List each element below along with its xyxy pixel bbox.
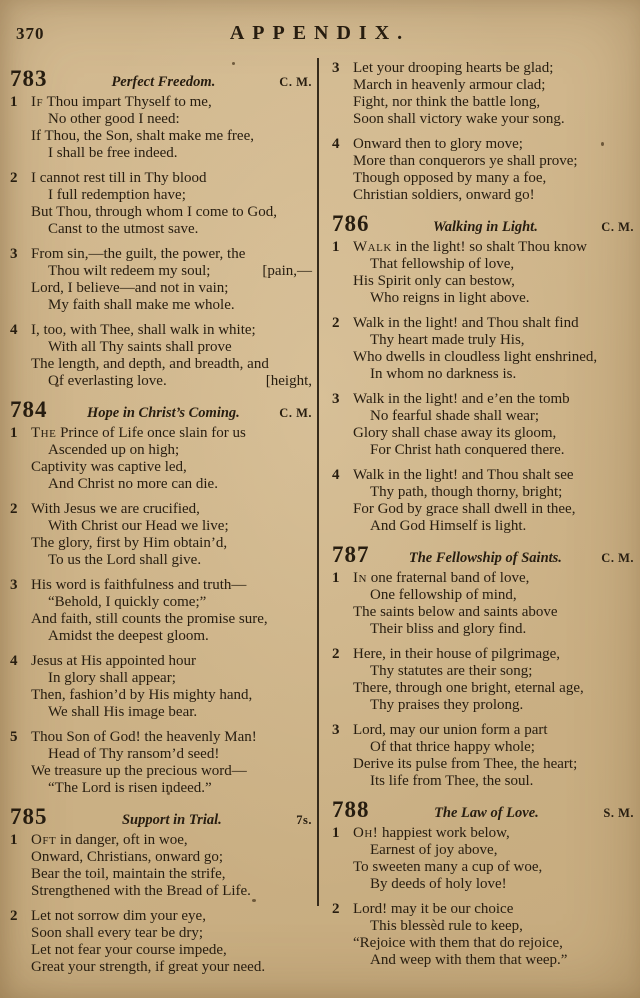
verse-lines: Lord! may it be our choiceThis blessèd r…	[353, 901, 634, 969]
verse-line: Soon shall every tear be dry;	[31, 925, 312, 942]
verse-line: Of that thrice happy whole;	[353, 739, 634, 756]
verse-line: Great your strength, if great your need.	[31, 959, 312, 976]
verse-lines: Let your drooping hearts be glad;March i…	[353, 60, 634, 128]
verse-number: 2	[10, 908, 31, 976]
verse-line: In whom no darkness is.	[353, 366, 634, 383]
smallcaps-first-word: Oft	[31, 832, 56, 848]
bracket-tail: [pain,—	[262, 263, 312, 280]
verse-line: Bear the toil, maintain the strife,	[31, 866, 312, 883]
verse-line: If Thou impart Thyself to me,	[31, 94, 312, 111]
verse-line: Strengthened with the Bread of Life.	[31, 883, 312, 900]
hymn-title: The Fellowship of Saints.	[370, 550, 602, 567]
verse-lines: In one fraternal band of love,One fellow…	[353, 570, 634, 638]
verse-line: Here, in their house of pilgrimage,	[353, 646, 634, 663]
verse: 1If Thou impart Thyself to me,No other g…	[10, 94, 312, 162]
verse-line: His word is faithfulness and truth—	[31, 577, 312, 594]
hymn-block: 786Walking in Light.C. M.1Walk in the li…	[332, 212, 634, 535]
verse-line: And Christ no more can die.	[31, 476, 312, 493]
verse-line: Let your drooping hearts be glad;	[353, 60, 634, 77]
verse-line: Christian soldiers, onward go!	[353, 187, 634, 204]
verse-lines: Oft in danger, oft in woe,Onward, Christ…	[31, 832, 312, 900]
verse-lines: I cannot rest till in Thy bloodI full re…	[31, 170, 312, 238]
verse-lines: Walk in the light! so shalt Thou knowTha…	[353, 239, 634, 307]
verse-line: We treasure up the precious word—	[31, 763, 312, 780]
verse-number: 4	[332, 467, 353, 535]
verse-line: Glory shall chase away its gloom,	[353, 425, 634, 442]
verse-number: 4	[332, 136, 353, 204]
hymn-block: 784Hope in Christ’s Coming.C. M.1The Pri…	[10, 398, 312, 797]
hymn-columns: 783Perfect Freedom.C. M.1If Thou impart …	[0, 58, 640, 984]
verse-number: 3	[332, 60, 353, 128]
hymn-meter-label: S. M.	[603, 806, 634, 821]
verse-lines: Oh! happiest work below,Earnest of joy a…	[353, 825, 634, 893]
verse-line: Walk in the light! and Thou shalt see	[353, 467, 634, 484]
verse-line: With all Thy saints shall prove	[31, 339, 312, 356]
verse-lines: Let not sorrow dim your eye,Soon shall e…	[31, 908, 312, 976]
hymn-header: 787The Fellowship of Saints.C. M.	[332, 543, 634, 567]
verse-line: March in heavenly armour clad;	[353, 77, 634, 94]
verse-line: To us the Lord shall give.	[31, 552, 312, 569]
hymn-number: 788	[332, 798, 370, 822]
verse-number: 2	[10, 170, 31, 238]
ink-speck	[232, 62, 235, 65]
verse-line: More than conquerors ye shall prove;	[353, 153, 634, 170]
verse-lines: Jesus at His appointed hourIn glory shal…	[31, 653, 312, 721]
verse-line: But Thou, through whom I come to God,	[31, 204, 312, 221]
verse: 1Oft in danger, oft in woe,Onward, Chris…	[10, 832, 312, 900]
verse-line: Onward, Christians, onward go;	[31, 849, 312, 866]
verse: 2Let not sorrow dim your eye,Soon shall …	[10, 908, 312, 976]
verse-line: His Spirit only can bestow,	[353, 273, 634, 290]
verse: 3Walk in the light! and e’en the tombNo …	[332, 391, 634, 459]
verse-lines: Walk in the light! and Thou shalt findTh…	[353, 315, 634, 383]
hymn-title: The Law of Love.	[370, 805, 604, 822]
verse: 2I cannot rest till in Thy bloodI full r…	[10, 170, 312, 238]
verse-line: Thou Son of God! the heavenly Man!	[31, 729, 312, 746]
verse-line: Its life from Thee, the soul.	[353, 773, 634, 790]
verse-line: Lord! may it be our choice	[353, 901, 634, 918]
ink-speck	[601, 142, 604, 146]
verse-line: Thou wilt redeem my soul;[pain,—	[31, 263, 312, 280]
verse-line: There, through one bright, eternal age,	[353, 680, 634, 697]
verse-line: I full redemption have;	[31, 187, 312, 204]
hymn-meter-label: C. M.	[601, 551, 634, 566]
verse-number: 3	[332, 722, 353, 790]
hymn-number: 783	[10, 67, 48, 91]
verse: 1Oh! happiest work below,Earnest of joy …	[332, 825, 634, 893]
verse-line: Derive its pulse from Thee, the heart;	[353, 756, 634, 773]
book-page: { "page": { "number": "370", "header_tit…	[0, 0, 640, 998]
verse: 4Onward then to glory move;More than con…	[332, 136, 634, 204]
verse-line: Canst to the utmost save.	[31, 221, 312, 238]
verse-line: And faith, still counts the promise sure…	[31, 611, 312, 628]
verse-number: 4	[10, 322, 31, 390]
verse-line: Captivity was captive led,	[31, 459, 312, 476]
verse-line: One fellowship of mind,	[353, 587, 634, 604]
verse-line: I, too, with Thee, shall walk in white;	[31, 322, 312, 339]
verse-line: The Prince of Life once slain for us	[31, 425, 312, 442]
verse: 3His word is faithfulness and truth—“Beh…	[10, 577, 312, 645]
left-column: 783Perfect Freedom.C. M.1If Thou impart …	[0, 58, 318, 984]
hymn-title: Walking in Light.	[370, 219, 602, 236]
hymn-number: 786	[332, 212, 370, 236]
verse-line: The length, and depth, and breadth, and	[31, 356, 312, 373]
verse-line: Oft in danger, oft in woe,	[31, 832, 312, 849]
verse-number: 3	[332, 391, 353, 459]
verse-line: Oh! happiest work below,	[353, 825, 634, 842]
verse-line: Thy path, though thorny, bright;	[353, 484, 634, 501]
verse-line: With Jesus we are crucified,	[31, 501, 312, 518]
verse-line: Let not fear your course impede,	[31, 942, 312, 959]
verse-number: 1	[10, 94, 31, 162]
verse-number: 2	[332, 901, 353, 969]
verse-line: Fight, nor think the battle long,	[353, 94, 634, 111]
hymn-block: 787The Fellowship of Saints.C. M.1In one…	[332, 543, 634, 790]
verse-number: 2	[332, 315, 353, 383]
verse-line: Walk in the light! and Thou shalt find	[353, 315, 634, 332]
column-divider-rule	[317, 58, 319, 906]
verse-line: Onward then to glory move;	[353, 136, 634, 153]
smallcaps-first-word: The	[31, 425, 56, 441]
hymn-header: 783Perfect Freedom.C. M.	[10, 67, 312, 91]
ink-speck	[55, 384, 59, 387]
verse: 2With Jesus we are crucified,With Christ…	[10, 501, 312, 569]
hymn-block: 788The Law of Love.S. M.1Oh! happiest wo…	[332, 798, 634, 969]
verse-line: Thy statutes are their song;	[353, 663, 634, 680]
hymn-header: 788The Law of Love.S. M.	[332, 798, 634, 822]
verse-line: “Behold, I quickly come;”	[31, 594, 312, 611]
verse-number: 1	[332, 825, 353, 893]
verse: 4Walk in the light! and Thou shalt seeTh…	[332, 467, 634, 535]
verse-line: By deeds of holy love!	[353, 876, 634, 893]
verse-lines: From sin,—the guilt, the power, theThou …	[31, 246, 312, 314]
hymn-block: 785Support in Trial.7s.1Oft in danger, o…	[10, 805, 312, 976]
verse-lines: Onward then to glory move;More than conq…	[353, 136, 634, 204]
verse-line: If Thou, the Son, shalt make me free,	[31, 128, 312, 145]
verse-line: The glory, first by Him obtain’d,	[31, 535, 312, 552]
verse-line: Walk in the light! so shalt Thou know	[353, 239, 634, 256]
verse-line: Who reigns in light above.	[353, 290, 634, 307]
ink-speck	[252, 899, 256, 902]
smallcaps-first-word: If	[31, 94, 43, 110]
verse: 2Lord! may it be our choiceThis blessèd …	[332, 901, 634, 969]
verse-lines: Thou Son of God! the heavenly Man!Head o…	[31, 729, 312, 797]
hymn-header: 784Hope in Christ’s Coming.C. M.	[10, 398, 312, 422]
hymn-meter-label: C. M.	[601, 220, 634, 235]
verse-line: With Christ our Head we live;	[31, 518, 312, 535]
verse-lines: The Prince of Life once slain for usAsce…	[31, 425, 312, 493]
verse-number: 1	[10, 832, 31, 900]
verse-line: For God by grace shall dwell in thee,	[353, 501, 634, 518]
verse-line: This blessèd rule to keep,	[353, 918, 634, 935]
verse-lines: If Thou impart Thyself to me,No other go…	[31, 94, 312, 162]
verse-number: 3	[10, 246, 31, 314]
verse-lines: With Jesus we are crucified,With Christ …	[31, 501, 312, 569]
verse-line: Their bliss and glory find.	[353, 621, 634, 638]
verse-line: Let not sorrow dim your eye,	[31, 908, 312, 925]
verse-line: In one fraternal band of love,	[353, 570, 634, 587]
ink-speck	[167, 792, 170, 795]
verse-line: Of everlasting love.[height,	[31, 373, 312, 390]
verse-line: Thy praises they prolong.	[353, 697, 634, 714]
verse-line: From sin,—the guilt, the power, the	[31, 246, 312, 263]
verse-line: And God Himself is light.	[353, 518, 634, 535]
smallcaps-first-word: Oh!	[353, 825, 378, 841]
verse-line: No other good I need:	[31, 111, 312, 128]
verse-number: 2	[10, 501, 31, 569]
verse-line: I shall be free indeed.	[31, 145, 312, 162]
verse-lines: Lord, may our union form a partOf that t…	[353, 722, 634, 790]
verse-number: 2	[332, 646, 353, 714]
verse-line: Lord, I believe—and not in vain;	[31, 280, 312, 297]
verse-line: We shall His image bear.	[31, 704, 312, 721]
verse-line: Amidst the deepest gloom.	[31, 628, 312, 645]
hymn-title: Perfect Freedom.	[48, 74, 280, 91]
smallcaps-first-word: Walk	[353, 239, 392, 255]
verse-line: My faith shall make me whole.	[31, 297, 312, 314]
verse-lines: Walk in the light! and Thou shalt seeThy…	[353, 467, 634, 535]
verse-line: And weep with them that weep.”	[353, 952, 634, 969]
verse-line: Jesus at His appointed hour	[31, 653, 312, 670]
verse-line: Then, fashion’d by His mighty hand,	[31, 687, 312, 704]
verse: 3From sin,—the guilt, the power, theThou…	[10, 246, 312, 314]
verse: 2Walk in the light! and Thou shalt findT…	[332, 315, 634, 383]
verse-lines: Walk in the light! and e’en the tombNo f…	[353, 391, 634, 459]
hymn-header: 785Support in Trial.7s.	[10, 805, 312, 829]
verse: 3Let your drooping hearts be glad;March …	[332, 60, 634, 128]
verse-number: 1	[332, 570, 353, 638]
verse: 5Thou Son of God! the heavenly Man!Head …	[10, 729, 312, 797]
page-header: 370 APPENDIX.	[0, 0, 640, 58]
bracket-tail: [height,	[266, 373, 312, 390]
hymn-block: 783Perfect Freedom.C. M.1If Thou impart …	[10, 67, 312, 390]
verse-line: In glory shall appear;	[31, 670, 312, 687]
verse-number: 3	[10, 577, 31, 645]
verse-number: 4	[10, 653, 31, 721]
hymn-title: Hope in Christ’s Coming.	[48, 405, 280, 422]
hymn-number: 785	[10, 805, 48, 829]
verse-lines: His word is faithfulness and truth—“Beho…	[31, 577, 312, 645]
hymn-header: 786Walking in Light.C. M.	[332, 212, 634, 236]
hymn-continuation-block: 3Let your drooping hearts be glad;March …	[332, 60, 634, 204]
verse-number: 1	[332, 239, 353, 307]
verse-line: Soon shall victory wake your song.	[353, 111, 634, 128]
verse-line: No fearful shade shall wear;	[353, 408, 634, 425]
verse-lines: Here, in their house of pilgrimage,Thy s…	[353, 646, 634, 714]
verse-line: Walk in the light! and e’en the tomb	[353, 391, 634, 408]
hymn-meter-label: C. M.	[279, 75, 312, 90]
verse: 1The Prince of Life once slain for usAsc…	[10, 425, 312, 493]
verse-line: To sweeten many a cup of woe,	[353, 859, 634, 876]
hymn-meter-label: C. M.	[279, 406, 312, 421]
verse-line: I cannot rest till in Thy blood	[31, 170, 312, 187]
hymn-number: 784	[10, 398, 48, 422]
verse-line: For Christ hath conquered there.	[353, 442, 634, 459]
verse: 4Jesus at His appointed hourIn glory sha…	[10, 653, 312, 721]
hymn-number: 787	[332, 543, 370, 567]
smallcaps-first-word: In	[353, 570, 367, 586]
verse-line: “The Lord is risen indeed.”	[31, 780, 312, 797]
verse: 2Here, in their house of pilgrimage,Thy …	[332, 646, 634, 714]
verse-number: 1	[10, 425, 31, 493]
page-title: APPENDIX.	[0, 22, 640, 45]
verse-line: The saints below and saints above	[353, 604, 634, 621]
hymn-meter-label: 7s.	[296, 813, 312, 828]
verse-lines: I, too, with Thee, shall walk in white;W…	[31, 322, 312, 390]
verse-line: That fellowship of love,	[353, 256, 634, 273]
verse-line: Thy heart made truly His,	[353, 332, 634, 349]
verse: 4I, too, with Thee, shall walk in white;…	[10, 322, 312, 390]
verse-line: Ascended up on high;	[31, 442, 312, 459]
verse: 1In one fraternal band of love,One fello…	[332, 570, 634, 638]
verse-line: Who dwells in cloudless light enshrined,	[353, 349, 634, 366]
verse-line: Head of Thy ransom’d seed!	[31, 746, 312, 763]
verse-line: Earnest of joy above,	[353, 842, 634, 859]
verse: 3Lord, may our union form a partOf that …	[332, 722, 634, 790]
verse-line: “Rejoice with them that do rejoice,	[353, 935, 634, 952]
verse-line: Lord, may our union form a part	[353, 722, 634, 739]
hymn-title: Support in Trial.	[48, 812, 297, 829]
verse-number: 5	[10, 729, 31, 797]
verse-line: Though opposed by many a foe,	[353, 170, 634, 187]
verse: 1Walk in the light! so shalt Thou knowTh…	[332, 239, 634, 307]
right-column: 3Let your drooping hearts be glad;March …	[318, 58, 640, 977]
